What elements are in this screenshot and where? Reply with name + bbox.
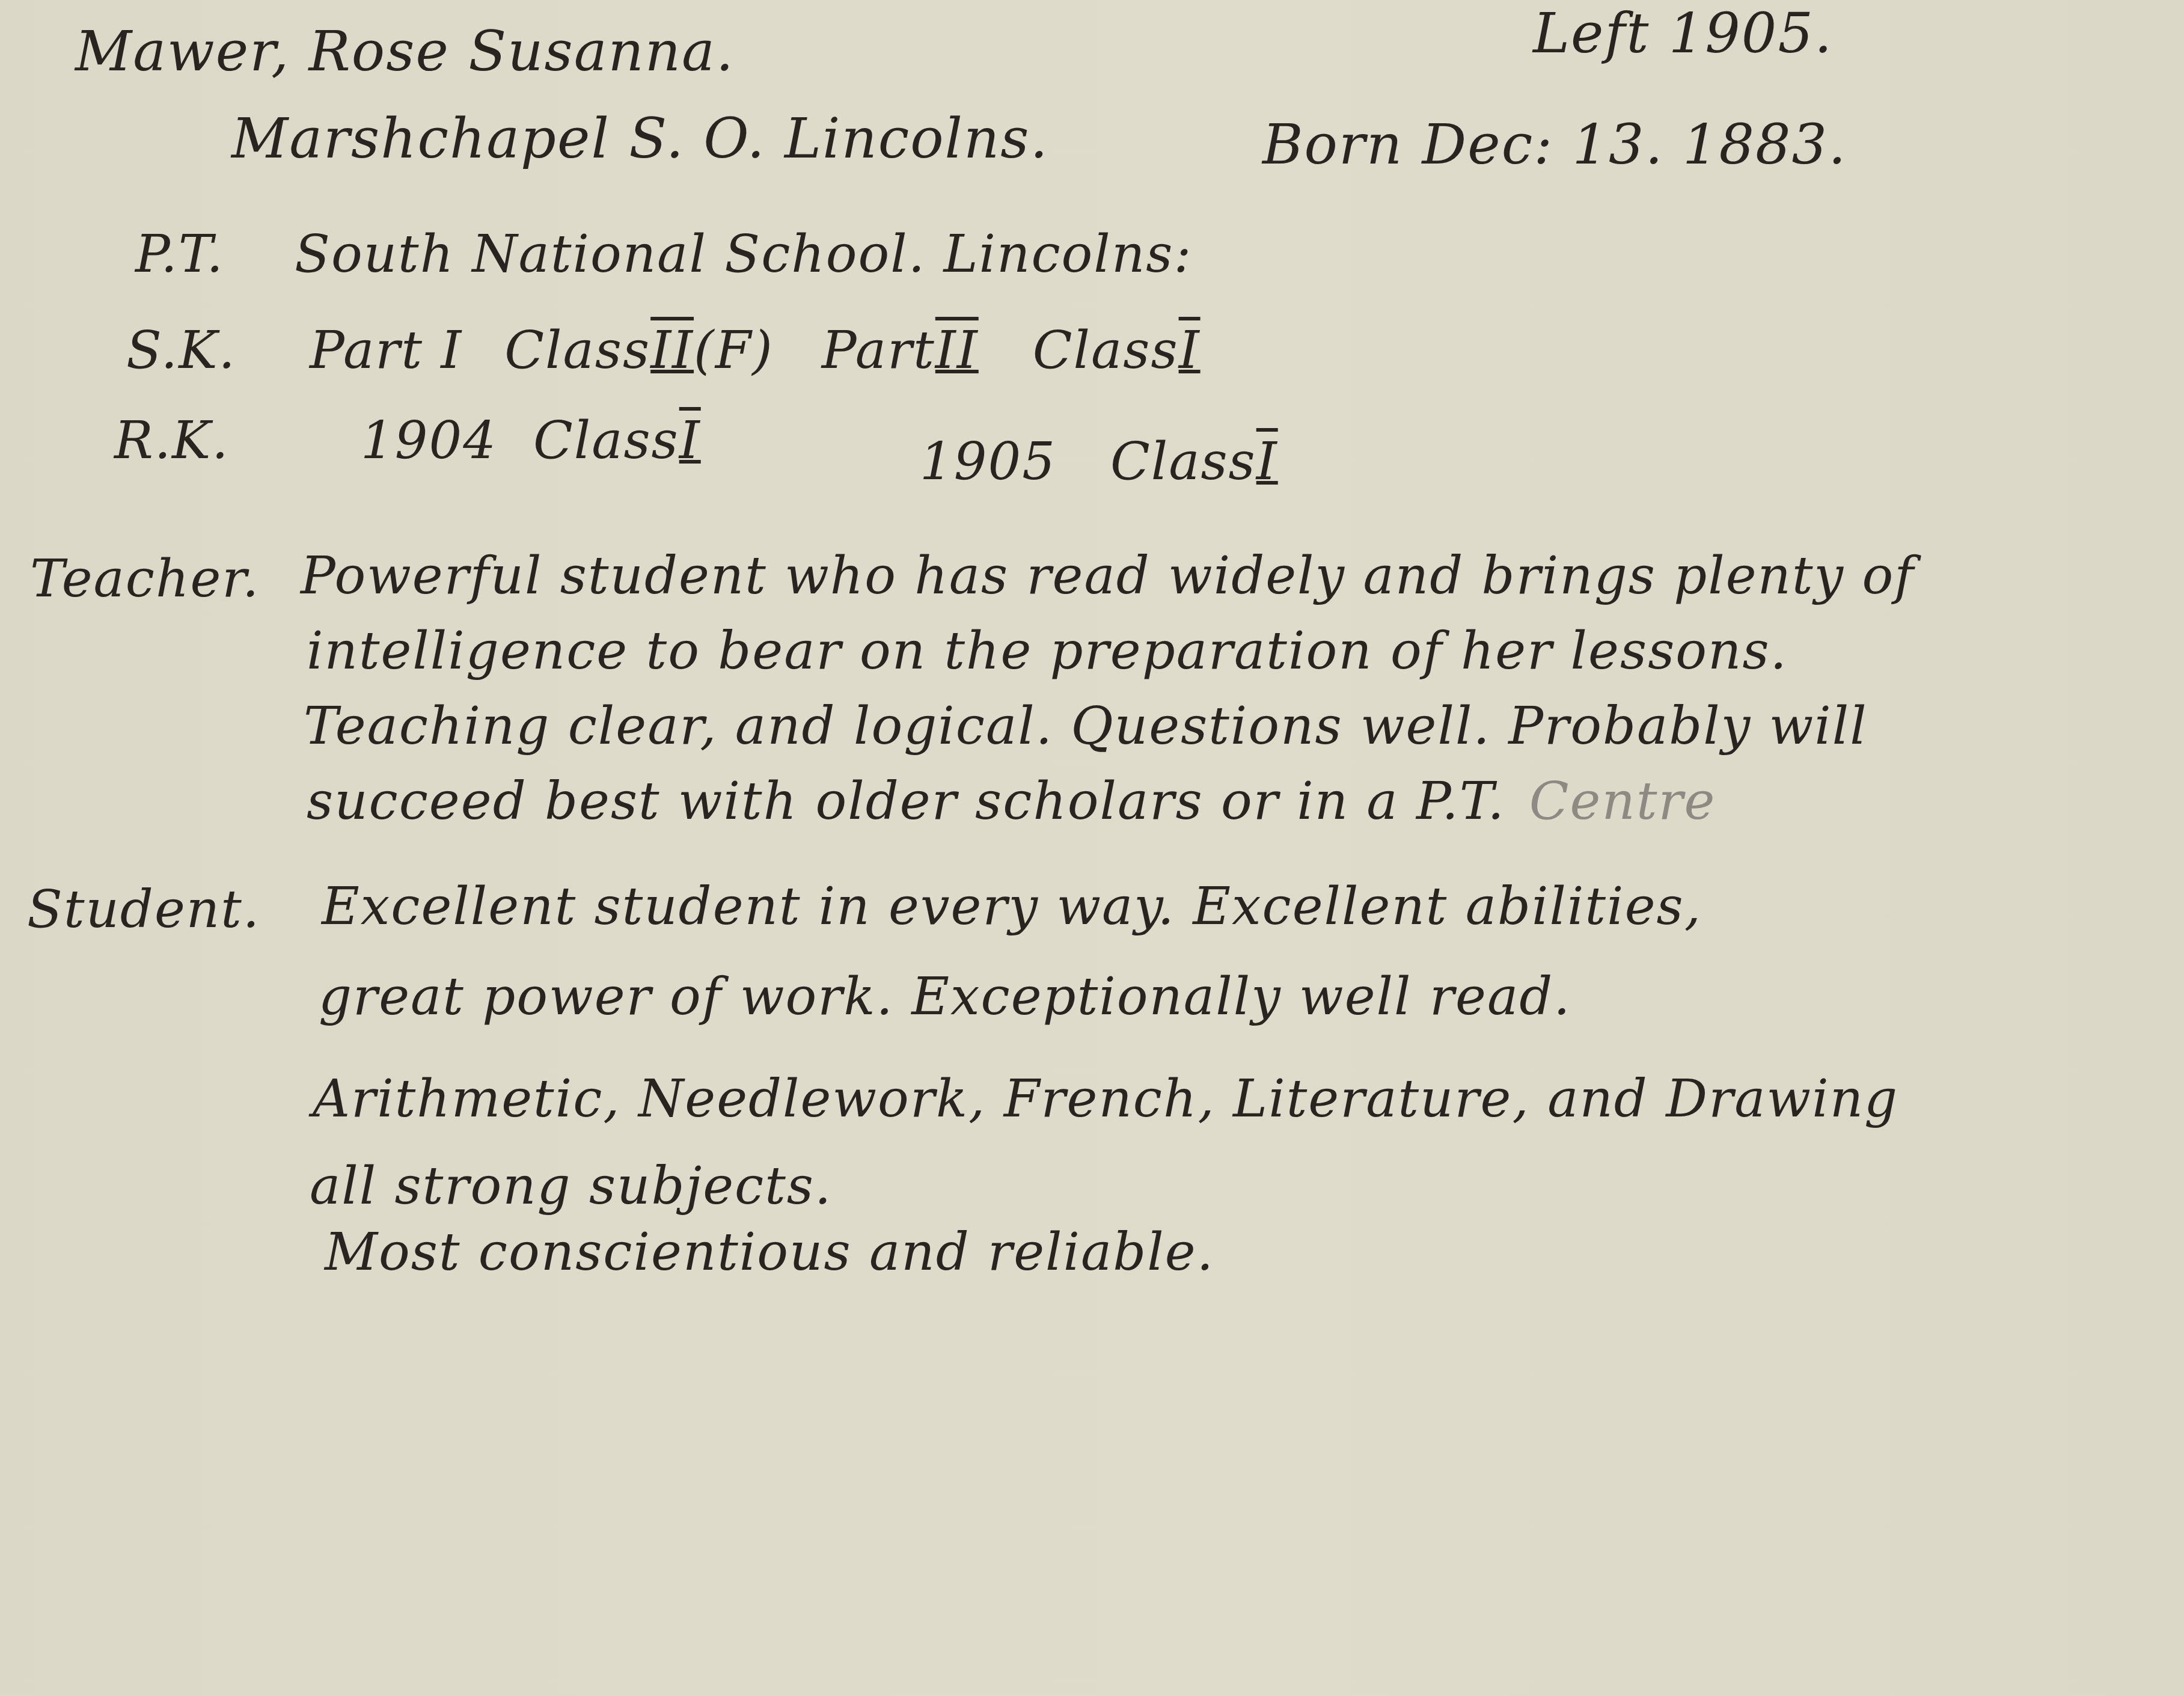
teacher-line-4: succeed best with older scholars or in a… bbox=[307, 776, 1716, 827]
sk-part2-prefix: Part bbox=[822, 325, 935, 376]
sk-class2-prefix: Class bbox=[1033, 325, 1179, 376]
rk-year1-result: 1904 Class I bbox=[361, 415, 701, 467]
pt-school: South National School. Lincolns: bbox=[295, 228, 1192, 280]
sk-class1-suffix: (F) bbox=[694, 325, 774, 376]
rk-class1-prefix: Class bbox=[533, 415, 679, 467]
student-line-3: Arithmetic, Needlework, French, Literatu… bbox=[313, 1073, 1898, 1125]
sk-class1-prefix: Class bbox=[504, 325, 650, 376]
teacher-label: Teacher. bbox=[30, 553, 260, 605]
rk-year1: 1904 bbox=[361, 415, 497, 467]
teacher-line-4-faded: Centre bbox=[1529, 776, 1716, 827]
student-label: Student. bbox=[27, 884, 260, 935]
rk-label: R.K. bbox=[114, 415, 230, 467]
sk-class2-num: I bbox=[1179, 325, 1201, 376]
student-line-4: all strong subjects. bbox=[310, 1160, 832, 1212]
teacher-line-1: Powerful student who has read widely and… bbox=[301, 550, 1915, 602]
rk-class1-num: I bbox=[679, 415, 701, 467]
student-line-5: Most conscientious and reliable. bbox=[325, 1226, 1214, 1278]
sk-part1: Part I bbox=[310, 325, 462, 376]
rk-class2-prefix: Class bbox=[1110, 436, 1256, 488]
left-year: Left 1905. bbox=[1533, 6, 1833, 61]
rk-class2-num: I bbox=[1256, 436, 1278, 488]
teacher-line-3: Teaching clear, and logical. Questions w… bbox=[304, 700, 1868, 752]
address: Marshchapel S. O. Lincolns. bbox=[231, 111, 1049, 167]
birth-date: Born Dec: 13. 1883. bbox=[1262, 117, 1847, 173]
rk-year2-result: 1905 Class I bbox=[920, 436, 1278, 488]
sk-label: S.K. bbox=[126, 325, 236, 376]
rk-year2: 1905 bbox=[920, 436, 1056, 488]
student-line-1: Excellent student in every way. Excellen… bbox=[322, 881, 1702, 932]
student-line-2: great power of work. Exceptionally well … bbox=[319, 971, 1571, 1023]
teacher-line-2: intelligence to bear on the preparation … bbox=[307, 625, 1788, 677]
record-card: Mawer, Rose Susanna. Left 1905. Marshcha… bbox=[0, 0, 2184, 1696]
sk-results: Part I Class II (F) Part II Class I bbox=[310, 325, 1201, 376]
teacher-line-4-text: succeed best with older scholars or in a… bbox=[307, 776, 1505, 827]
student-name: Mawer, Rose Susanna. bbox=[75, 24, 735, 79]
pt-label: P.T. bbox=[135, 228, 224, 280]
sk-class1-num: II bbox=[650, 325, 694, 376]
sk-part2-num: II bbox=[935, 325, 979, 376]
